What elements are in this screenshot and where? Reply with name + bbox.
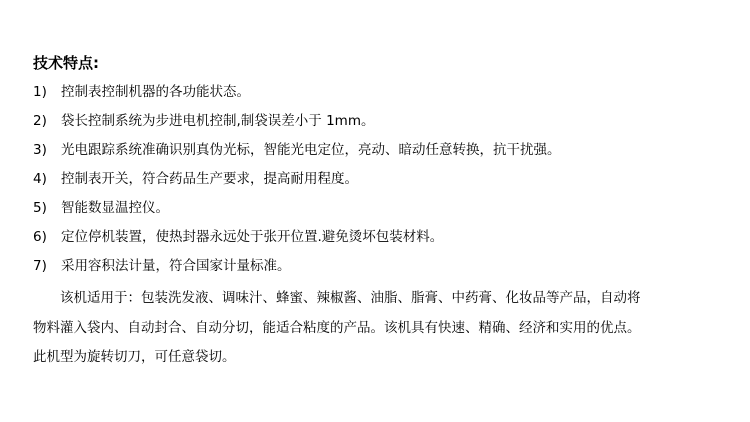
feature-number: 5) — [33, 197, 61, 219]
feature-number: 6) — [33, 226, 61, 248]
feature-text: 袋长控制系统为步进电机控制,制袋误差小于 1mm。 — [61, 113, 374, 129]
feature-number: 1) — [33, 81, 61, 103]
document-body: 技术特点: 1)控制表控制机器的各功能状态。 2)袋长控制系统为步进电机控制,制… — [33, 52, 723, 373]
feature-text: 定位停机装置，使热封器永远处于张开位置.避免烫坏包装材料。 — [61, 229, 443, 245]
feature-text: 采用容积法计量，符合国家计量标准。 — [61, 258, 291, 274]
feature-number: 4) — [33, 168, 61, 190]
feature-text: 控制表开关，符合药品生产要求，提高耐用程度。 — [61, 171, 358, 187]
feature-text: 光电跟踪系统准确识别真伪光标，智能光电定位，亮动、暗动任意转换，抗干扰强。 — [61, 142, 561, 158]
feature-item-7: 7)采用容积法计量，符合国家计量标准。 — [33, 255, 723, 284]
feature-item-2: 2)袋长控制系统为步进电机控制,制袋误差小于 1mm。 — [33, 110, 723, 139]
feature-item-4: 4)控制表开关，符合药品生产要求，提高耐用程度。 — [33, 168, 723, 197]
feature-number: 7) — [33, 255, 61, 277]
application-paragraph: 该机适用于：包装洗发液、调味汁、蜂蜜、辣椒酱、油脂、脂膏、中药膏、化妆品等产品，… — [33, 284, 653, 373]
feature-number: 2) — [33, 110, 61, 132]
feature-number: 3) — [33, 139, 61, 161]
feature-text: 控制表控制机器的各功能状态。 — [61, 84, 250, 100]
feature-item-6: 6)定位停机装置，使热封器永远处于张开位置.避免烫坏包装材料。 — [33, 226, 723, 255]
feature-item-5: 5)智能数显温控仪。 — [33, 197, 723, 226]
feature-item-3: 3)光电跟踪系统准确识别真伪光标，智能光电定位，亮动、暗动任意转换，抗干扰强。 — [33, 139, 723, 168]
feature-text: 智能数显温控仪。 — [61, 200, 169, 216]
feature-item-1: 1)控制表控制机器的各功能状态。 — [33, 81, 723, 110]
section-title: 技术特点: — [33, 52, 723, 81]
